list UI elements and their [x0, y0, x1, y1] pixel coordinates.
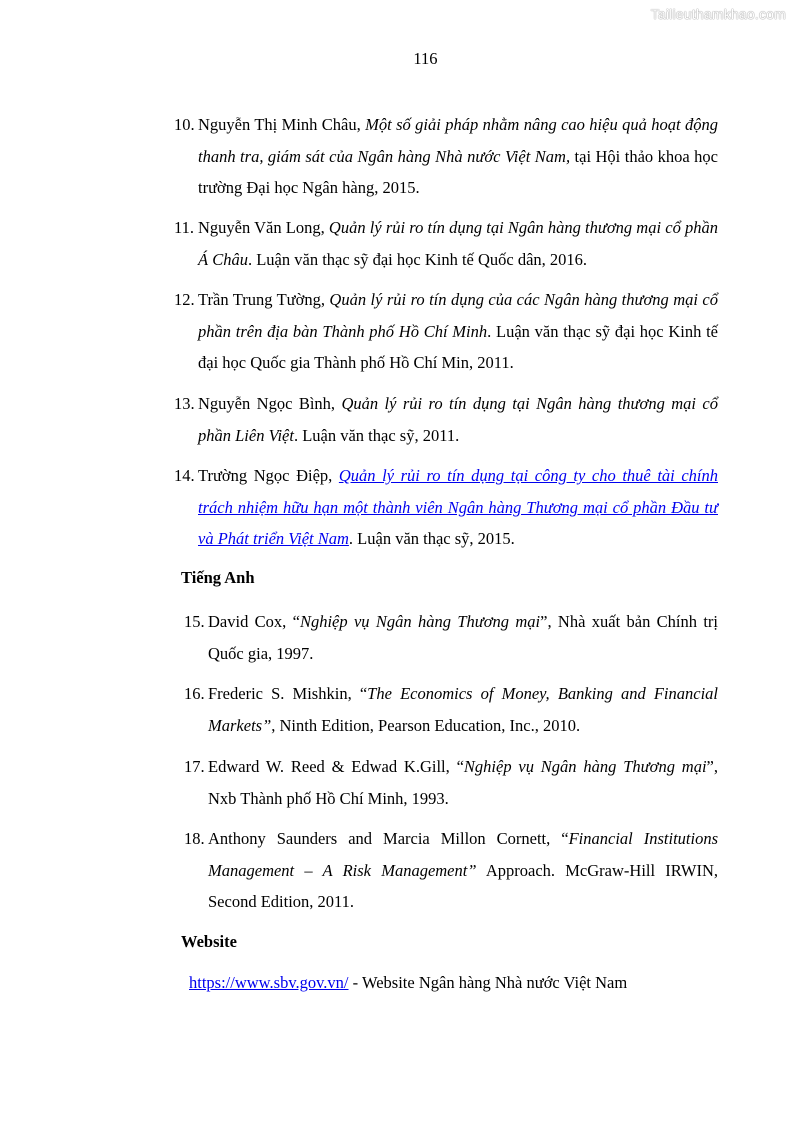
reference-number: 16. — [184, 678, 205, 710]
reference-author: Anthony Saunders and Marcia Millon Corne… — [208, 829, 569, 848]
section-heading-english: Tiếng Anh — [181, 568, 255, 588]
reference-number: 15. — [184, 606, 205, 638]
reference-10: 10. Nguyễn Thị Minh Châu, Một số giải ph… — [174, 109, 718, 204]
reference-number: 10. — [174, 109, 195, 141]
reference-author: Nguyễn Ngọc Bình, — [198, 394, 341, 413]
reference-number: 12. — [174, 284, 195, 316]
reference-title: Nghiệp vụ Ngân hàng Thương mại — [464, 757, 707, 776]
reference-number: 11. — [174, 212, 194, 244]
reference-number: 14. — [174, 460, 195, 492]
reference-author: Frederic S. Mishkin, “ — [208, 684, 367, 703]
reference-18: 18. Anthony Saunders and Marcia Millon C… — [184, 823, 718, 918]
reference-author: Nguyễn Văn Long, — [198, 218, 329, 237]
reference-author: Trần Trung Tường, — [198, 290, 329, 309]
reference-number: 13. — [174, 388, 195, 420]
reference-details: . Luận văn thạc sỹ đại học Kinh tế Quốc … — [248, 250, 587, 269]
reference-details: . Luận văn thạc sỹ, 2015. — [349, 529, 515, 548]
reference-author: Trường Ngọc Điệp, — [198, 466, 339, 485]
reference-details: . Luận văn thạc sỹ, 2011. — [294, 426, 459, 445]
watermark: Tailieuthamkhao.com — [651, 6, 786, 22]
reference-17: 17. Edward W. Reed & Edwad K.Gill, “Nghi… — [184, 751, 718, 814]
reference-13: 13. Nguyễn Ngọc Bình, Quản lý rủi ro tín… — [174, 388, 718, 451]
reference-16: 16. Frederic S. Mishkin, “The Economics … — [184, 678, 718, 741]
reference-details: , Ninth Edition, Pearson Education, Inc.… — [271, 716, 580, 735]
page-number: 116 — [0, 49, 794, 69]
reference-author: Nguyễn Thị Minh Châu, — [198, 115, 365, 134]
reference-author: Edward W. Reed & Edwad K.Gill, “ — [208, 757, 464, 776]
website-reference: https://www.sbv.gov.vn/ - Website Ngân h… — [189, 973, 627, 993]
reference-number: 17. — [184, 751, 205, 783]
website-description: - Website Ngân hàng Nhà nước Việt Nam — [349, 973, 628, 992]
reference-12: 12. Trần Trung Tường, Quản lý rủi ro tín… — [174, 284, 718, 379]
reference-number: 18. — [184, 823, 205, 855]
reference-author: David Cox, “ — [208, 612, 300, 631]
reference-11: 11. Nguyễn Văn Long, Quản lý rủi ro tín … — [174, 212, 718, 275]
website-link[interactable]: https://www.sbv.gov.vn/ — [189, 973, 349, 992]
section-heading-website: Website — [181, 932, 237, 952]
reference-14: 14. Trường Ngọc Điệp, Quản lý rủi ro tín… — [174, 460, 718, 555]
reference-title: Nghiệp vụ Ngân hàng Thương mại — [300, 612, 540, 631]
reference-15: 15. David Cox, “Nghiệp vụ Ngân hàng Thươ… — [184, 606, 718, 669]
